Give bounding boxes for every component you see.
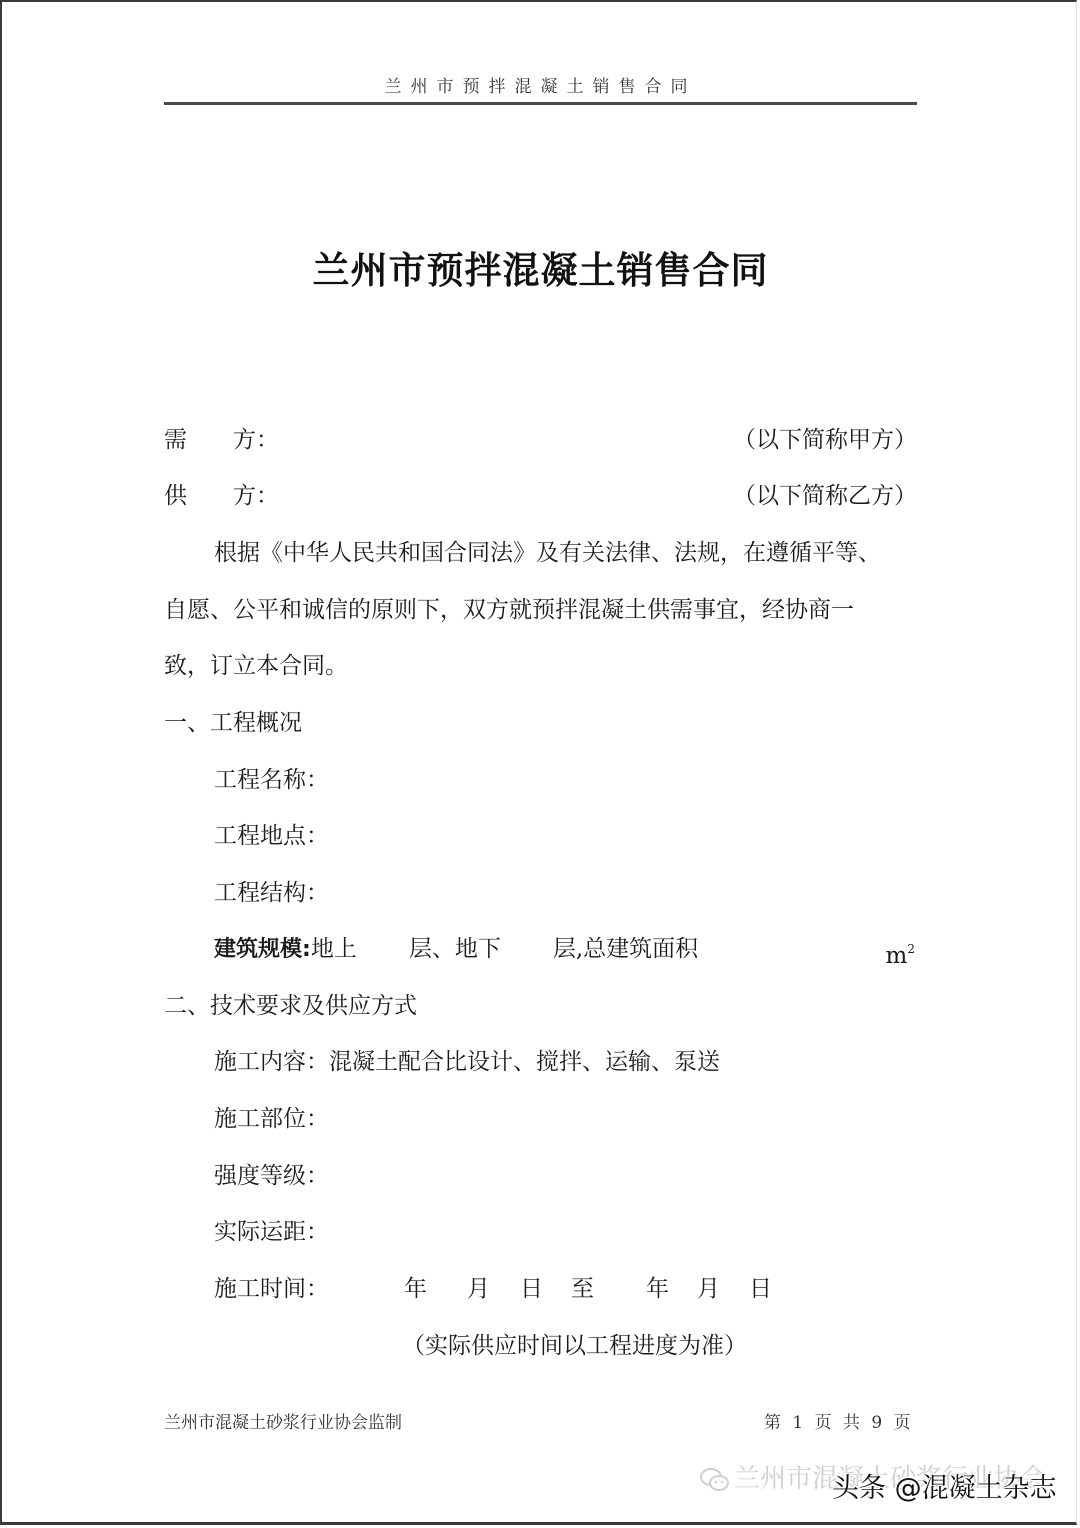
actual-distance-field: 实际运距：: [214, 1216, 917, 1248]
end-year: 年: [646, 1273, 669, 1305]
strength-grade-field: 强度等级：: [214, 1160, 917, 1192]
construction-time-line: 施工时间： 年 月 日 至 年 月 日: [214, 1273, 917, 1305]
end-month: 月: [697, 1273, 720, 1305]
running-header: 兰州市预拌混凝土销售合同: [164, 76, 917, 98]
construction-content-label: 施工内容：: [214, 1049, 329, 1075]
toutiao-watermark: 头条 @混凝土杂志: [832, 1472, 1057, 1506]
construction-part-field: 施工部位：: [214, 1103, 917, 1135]
section2-heading: 二、技术要求及供应方式: [164, 990, 917, 1022]
project-location-field: 工程地点：: [214, 820, 917, 852]
end-day: 日: [749, 1273, 772, 1305]
document-title: 兰州市预拌混凝土销售合同: [164, 247, 917, 295]
preamble-line-1: 根据《中华人民共和国合同法》及有关法律、法规，在遵循平等、: [164, 537, 917, 569]
construction-time-label: 施工时间：: [214, 1276, 329, 1302]
project-name-field: 工程名称：: [214, 764, 917, 796]
header-rule: [164, 102, 917, 105]
start-day: 日: [520, 1273, 543, 1305]
seller-note: （以下简称乙方）: [733, 480, 917, 512]
buyer-line: 需 方： （以下简称甲方）: [164, 424, 917, 456]
project-structure-field: 工程结构：: [214, 877, 917, 909]
area-unit: m2: [886, 933, 915, 972]
wechat-icon: [700, 1466, 730, 1494]
total-area-label: 层,总建筑面积: [553, 936, 698, 962]
preamble-line-3: 致，订立本合同。: [164, 650, 917, 682]
seller-label: 供 方：: [164, 480, 279, 512]
seller-line: 供 方： （以下简称乙方）: [164, 480, 917, 512]
footer-supervisor: 兰州市混凝土砂浆行业协会监制: [164, 1412, 402, 1434]
above-ground-label: 地上: [311, 936, 357, 962]
start-month: 月: [467, 1273, 490, 1305]
buyer-note: （以下简称甲方）: [733, 424, 917, 456]
floors-below-label: 层、地下: [409, 936, 501, 962]
construction-content-line: 施工内容：混凝土配合比设计、搅拌、运输、泵送: [214, 1046, 917, 1078]
start-year: 年: [404, 1273, 427, 1305]
to-label: 至: [571, 1273, 594, 1305]
footer-page-info: 第 1 页 共 9 页: [764, 1412, 914, 1434]
building-scale-line: 建筑规模:地上层、地下层,总建筑面积 m2: [214, 933, 917, 966]
buyer-label: 需 方：: [164, 424, 279, 456]
preamble-line-2: 自愿、公平和诚信的原则下，双方就预拌混凝土供需事宜，经协商一: [164, 594, 917, 626]
building-scale-label: 建筑规模:: [214, 937, 311, 962]
supply-time-note: （实际供应时间以工程进度为准）: [402, 1330, 802, 1362]
section1-heading: 一、工程概况: [164, 707, 917, 739]
construction-content-value: 混凝土配合比设计、搅拌、运输、泵送: [329, 1049, 720, 1075]
